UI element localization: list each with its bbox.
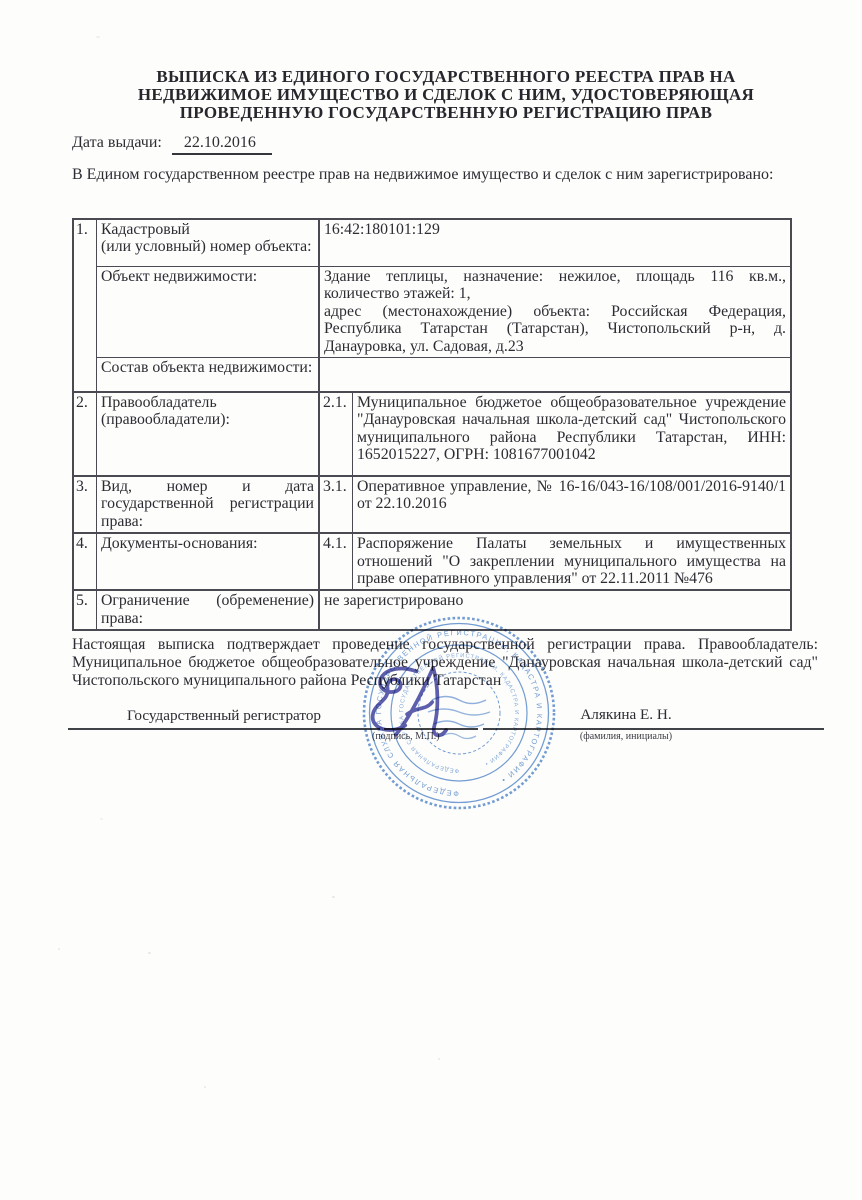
intro-paragraph: В Едином государственном реестре прав на…: [72, 165, 820, 185]
scan-speck: [100, 818, 103, 820]
row2-label: Правообладатель (правообладатели):: [97, 391, 320, 475]
row3-value: Оперативное управление, № 16-16/043-16/1…: [353, 475, 790, 532]
row1-value: 16:42:180101:129: [320, 220, 790, 266]
scan-speck: [58, 948, 60, 950]
row2-number: 2.: [74, 391, 97, 475]
row1-number: 1.: [74, 220, 97, 391]
row1b-label: Объект недвижимости:: [97, 266, 320, 357]
signature-monogram: [366, 664, 450, 744]
title-line-1: ВЫПИСКА ИЗ ЕДИНОГО ГОСУДАРСТВЕННОГО РЕЕС…: [72, 68, 820, 86]
row3-number: 3.: [74, 475, 97, 532]
registrar-signature-line: Государственный регистратор: [68, 702, 380, 730]
scanned-document-page: ВЫПИСКА ИЗ ЕДИНОГО ГОСУДАРСТВЕННОГО РЕЕС…: [0, 0, 862, 1200]
row2-subnumber: 2.1.: [320, 391, 353, 475]
row2-value: Муниципальное бюджетое общеобразовательн…: [353, 391, 790, 475]
row3-subnumber: 3.1.: [320, 475, 353, 532]
title-line-2: НЕДВИЖИМОЕ ИМУЩЕСТВО И СДЕЛОК С НИМ, УДО…: [72, 86, 820, 104]
title-line-3: ПРОВЕДЕННУЮ ГОСУДАРСТВЕННУЮ РЕГИСТРАЦИЮ …: [72, 104, 820, 122]
scan-speck: [204, 1086, 206, 1088]
row4-number: 4.: [74, 532, 97, 589]
scan-speck: [438, 1058, 440, 1060]
scan-speck: [332, 896, 335, 898]
issue-date-label: Дата выдачи:: [72, 134, 162, 152]
issue-date-value: 22.10.2016: [172, 134, 272, 155]
row1b-value: Здание теплицы, назначение: нежилое, пло…: [320, 266, 790, 357]
row3-label: Вид, номер и дата государственной регист…: [97, 475, 320, 532]
registrar-name: Алякина Е. Н.: [580, 706, 671, 724]
registrar-label: Государственный регистратор: [127, 707, 321, 725]
scan-speck: [96, 36, 100, 38]
monogram-a-right-stroke: [433, 668, 446, 736]
row4-label: Документы-основания:: [97, 532, 320, 589]
monogram-crossbar-stroke: [407, 702, 432, 714]
document-title: ВЫПИСКА ИЗ ЕДИНОГО ГОСУДАРСТВЕННОГО РЕЕС…: [72, 68, 820, 121]
row4-value: Распоряжение Палаты земельных и имуществ…: [353, 532, 790, 589]
row4-subnumber: 4.1.: [320, 532, 353, 589]
row5-label: Ограничение (обременение) права:: [97, 589, 320, 629]
row1-label: Кадастровый (или условный) номер объекта…: [97, 220, 320, 266]
scan-speck: [148, 952, 151, 954]
registry-table: 1. Кадастровый (или условный) номер объе…: [72, 218, 792, 631]
monogram-a-left-stroke: [396, 668, 433, 735]
issue-date-line: Дата выдачи:22.10.2016: [72, 134, 272, 155]
row1c-value: [320, 357, 790, 391]
row1c-label: Состав объекта недвижимости:: [97, 357, 320, 391]
row5-number: 5.: [74, 589, 97, 629]
monogram-e-stroke: [373, 668, 417, 730]
